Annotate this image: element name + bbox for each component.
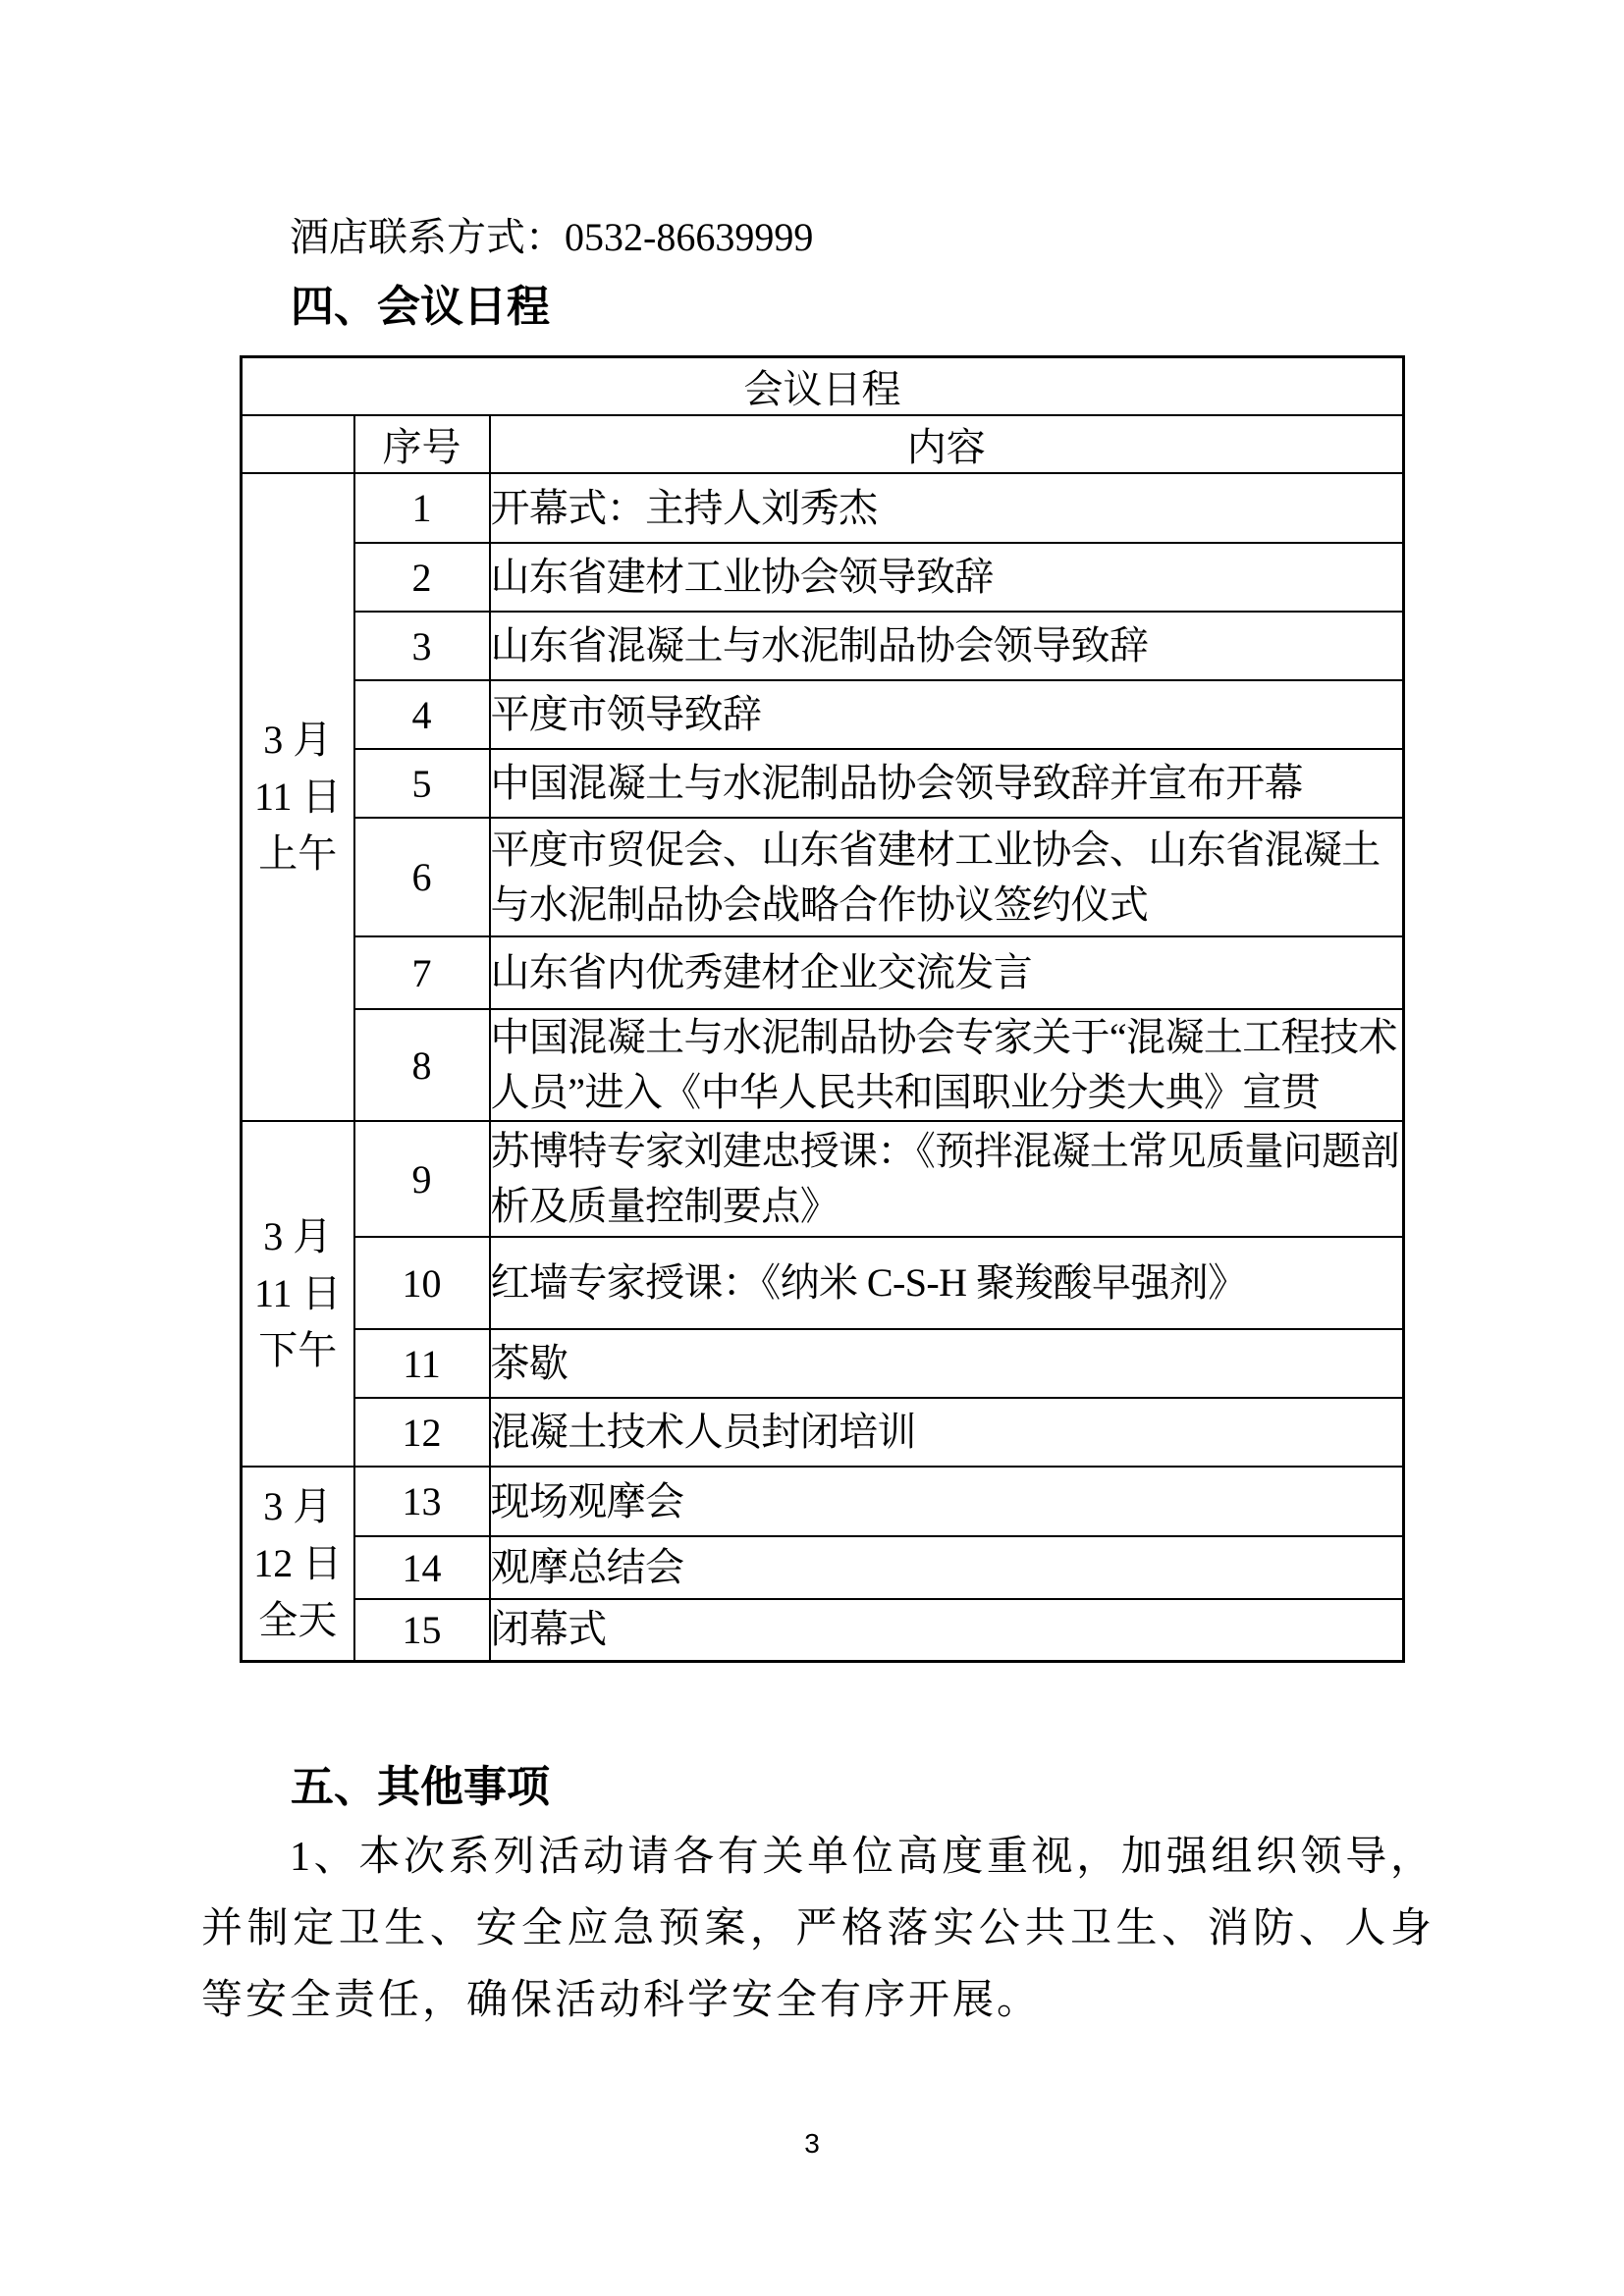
row-number-cell: 2	[354, 543, 490, 612]
schedule-row: 12 混凝土技术人员封闭培训	[242, 1398, 1404, 1467]
table-header-row: 序号 内容	[242, 415, 1404, 473]
row-content-cell: 闭幕式	[490, 1599, 1404, 1661]
section-heading-meeting-schedule: 四、会议日程	[291, 283, 550, 332]
page-number: 3	[0, 2128, 1624, 2160]
row-content-cell: 苏博特专家刘建忠授课：《预拌混凝土常见质量问题剖析及质量控制要点》	[490, 1121, 1404, 1237]
row-number-cell: 4	[354, 680, 490, 749]
row-number-cell: 15	[354, 1599, 490, 1661]
row-content-cell: 平度市领导致辞	[490, 680, 1404, 749]
row-content-cell: 红墙专家授课：《纳米 C-S-H 聚羧酸早强剂》	[490, 1237, 1404, 1329]
schedule-row: 7 山东省内优秀建材企业交流发言	[242, 936, 1404, 1009]
schedule-row: 3 月 11 日 下午 9 苏博特专家刘建忠授课：《预拌混凝土常见质量问题剖析及…	[242, 1121, 1404, 1237]
row-number-cell: 3	[354, 612, 490, 680]
header-date-cell	[242, 415, 354, 473]
row-content-cell: 中国混凝土与水泥制品协会领导致辞并宣布开幕	[490, 749, 1404, 818]
row-content-cell: 现场观摩会	[490, 1467, 1404, 1536]
schedule-row: 10 红墙专家授课：《纳米 C-S-H 聚羧酸早强剂》	[242, 1237, 1404, 1329]
schedule-row: 3 月 11 日 上午 1 开幕式：主持人刘秀杰	[242, 473, 1404, 543]
row-content-cell: 中国混凝土与水泥制品协会专家关于“混凝土工程技术人员”进入《中华人民共和国职业分…	[490, 1009, 1404, 1121]
schedule-row: 4 平度市领导致辞	[242, 680, 1404, 749]
row-content-cell: 开幕式：主持人刘秀杰	[490, 473, 1404, 543]
row-number-cell: 9	[354, 1121, 490, 1237]
row-number-cell: 10	[354, 1237, 490, 1329]
header-col-no: 序号	[354, 415, 490, 473]
row-number-cell: 12	[354, 1398, 490, 1467]
hotel-contact-line: 酒店联系方式：0532-86639999	[290, 214, 813, 261]
date-group-label: 3 月 12 日 全天	[242, 1467, 354, 1661]
schedule-row: 2 山东省建材工业协会领导致辞	[242, 543, 1404, 612]
row-content-cell: 山东省内优秀建材企业交流发言	[490, 936, 1404, 1009]
row-number-cell: 14	[354, 1536, 490, 1599]
row-content-cell: 混凝土技术人员封闭培训	[490, 1398, 1404, 1467]
row-content-cell: 观摩总结会	[490, 1536, 1404, 1599]
schedule-row: 14 观摩总结会	[242, 1536, 1404, 1599]
schedule-table: 会议日程 序号 内容 3 月 11 日 上午 1 开幕式：主持人刘秀杰 2 山东…	[240, 355, 1405, 1663]
row-number-cell: 13	[354, 1467, 490, 1536]
row-number-cell: 5	[354, 749, 490, 818]
row-content-cell: 山东省建材工业协会领导致辞	[490, 543, 1404, 612]
document-page: 酒店联系方式：0532-86639999 四、会议日程 会议日程 序号 内容 3…	[0, 0, 1624, 2296]
other-matters-paragraph: 1、本次系列活动请各有关单位高度重视，加强组织领导，并制定卫生、安全应急预案，严…	[201, 1822, 1435, 2037]
row-content-cell: 平度市贸促会、山东省建材工业协会、山东省混凝土与水泥制品协会战略合作协议签约仪式	[490, 818, 1404, 936]
schedule-row: 8 中国混凝土与水泥制品协会专家关于“混凝土工程技术人员”进入《中华人民共和国职…	[242, 1009, 1404, 1121]
schedule-row: 5 中国混凝土与水泥制品协会领导致辞并宣布开幕	[242, 749, 1404, 818]
table-title: 会议日程	[242, 357, 1404, 416]
schedule-row: 15 闭幕式	[242, 1599, 1404, 1661]
row-number-cell: 7	[354, 936, 490, 1009]
date-group-label: 3 月 11 日 上午	[242, 473, 354, 1121]
date-group-label: 3 月 11 日 下午	[242, 1121, 354, 1467]
schedule-row: 6 平度市贸促会、山东省建材工业协会、山东省混凝土与水泥制品协会战略合作协议签约…	[242, 818, 1404, 936]
row-number-cell: 1	[354, 473, 490, 543]
schedule-row: 11 茶歇	[242, 1329, 1404, 1398]
row-number-cell: 6	[354, 818, 490, 936]
schedule-row: 3 山东省混凝土与水泥制品协会领导致辞	[242, 612, 1404, 680]
header-col-content: 内容	[490, 415, 1404, 473]
table-title-row: 会议日程	[242, 357, 1404, 416]
row-number-cell: 11	[354, 1329, 490, 1398]
section-heading-other-matters: 五、其他事项	[291, 1763, 550, 1812]
row-content-cell: 茶歇	[490, 1329, 1404, 1398]
schedule-row: 3 月 12 日 全天 13 现场观摩会	[242, 1467, 1404, 1536]
row-number-cell: 8	[354, 1009, 490, 1121]
row-content-cell: 山东省混凝土与水泥制品协会领导致辞	[490, 612, 1404, 680]
